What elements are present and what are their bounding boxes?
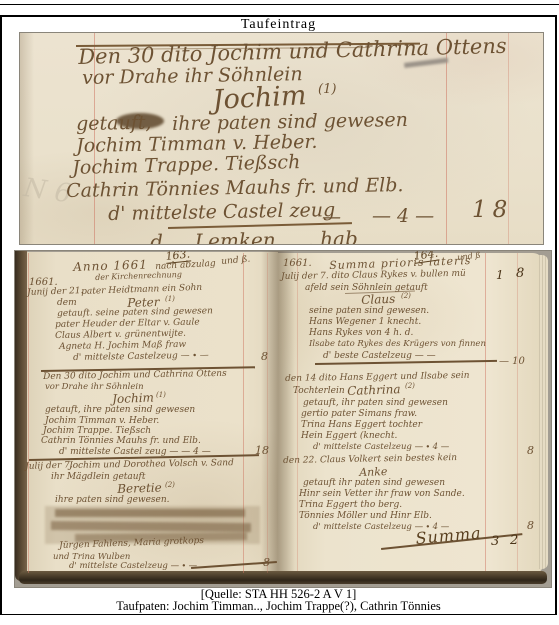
handwriting-line: Anke [359, 466, 388, 478]
handwriting-line: getauft, [76, 114, 152, 134]
handwriting-line: Jochim [212, 82, 307, 114]
handwriting-line: d . . Lemken . . . hab [150, 228, 358, 245]
right-money-ruling [485, 253, 486, 571]
handwriting-line: (1) [156, 392, 166, 399]
handwriting-line: 8 [527, 520, 534, 531]
handwriting-line: 8 [261, 351, 268, 362]
book-page-edges-right [539, 255, 548, 569]
handwriting-line: vor Drahe ihr Söhnlein [45, 383, 144, 392]
handwriting-line: Jochim [112, 392, 154, 405]
handwriting-line: — 10 [499, 357, 525, 367]
handwriting-line: (2) [401, 293, 411, 300]
handwriting-line: (2) [165, 482, 175, 489]
handwriting-line: — [322, 208, 341, 227]
church-book-photo: 163.Anno 1661nach abzulagund ß.der Kirch… [14, 250, 552, 588]
book-bottom-edge [19, 571, 547, 584]
crossed-out-line [55, 509, 245, 517]
handwriting-line: 1661. [283, 259, 312, 269]
handwriting-line: 18 [255, 445, 269, 456]
handwriting-line: d' mittelste Castel zeug [108, 201, 335, 224]
handwriting-line: ihre paten sind gewesen. [55, 496, 170, 505]
outer-top-rule [0, 4, 559, 5]
left-margin-ruling [28, 253, 29, 573]
handwriting-line: 8 [527, 445, 534, 456]
handwriting-line: Cathrin Tönnies Mauhs fr. und Elb. [41, 437, 201, 446]
handwriting-line: Cathrin Tönnies Mauhs fr. und Elb. [66, 176, 404, 201]
handwriting-line: Cathrina [347, 383, 401, 397]
handwriting-line: Trina Eggert tho berg. [299, 501, 402, 510]
right-money-ruling-2 [517, 253, 518, 571]
handwriting-line: Tönnies Möller und Hinr Elb. [299, 512, 432, 521]
caption-godparents: Taufpaten: Jochim Timman.., Jochim Trapp… [0, 599, 557, 614]
handwriting-line: Tochterlein [293, 387, 345, 396]
handwriting-line: d' mittelste Castel zeug — — 4 — [59, 448, 211, 457]
handwriting-line: (1) [165, 296, 175, 303]
handwriting-line: getauft, ihre paten sind gewesen [45, 406, 195, 415]
record-sheet: Taufeintrag N 6 Den 30 dito Jochim und C… [0, 0, 559, 625]
handwriting-line: Trina Hans Eggert tochter [301, 421, 422, 430]
handwriting-line: Hans Wegener 1 knecht. [309, 318, 421, 327]
handwriting-line: Jochim Trappe. Tießsch [43, 427, 151, 436]
left-money-ruling-2 [267, 253, 268, 573]
handwriting-line: d' mittelste Castelzeug — ∙ 4 — [313, 443, 449, 452]
handwriting-line: getauft, ihr paten sind gewesen [303, 399, 448, 408]
handwriting-line: Ilsabe tato Rykes des Krügers von finnen [309, 340, 486, 349]
handwriting-line: Beretie [117, 481, 162, 495]
money-column-line [446, 33, 447, 244]
page-title: Taufeintrag [0, 17, 557, 33]
handwriting-line: 1 [496, 269, 504, 281]
handwriting-line: Hans Rykes von 4 h. d. [309, 329, 413, 338]
handwriting-line: getauft ihr paten sind gewesen [303, 479, 445, 488]
handwriting-line: Jochim Timman v. Heber. [45, 417, 159, 426]
handwriting-line: 3 [491, 535, 499, 548]
book-page-edges-left [15, 251, 27, 581]
handwriting-line: Julij der 7. [25, 461, 73, 472]
handwriting-line: 8 [263, 557, 270, 568]
right-margin-ruling [297, 253, 298, 571]
handwriting-line: seine paten sind gewesen. [309, 307, 429, 316]
fold-shadow [20, 33, 34, 244]
manuscript-closeup-image: N 6 Den 30 dito Jochim und Cathrina Otte… [19, 32, 544, 245]
handwriting-line: (1) [318, 83, 336, 96]
handwriting-line: Hein Eggert (knecht. [301, 432, 397, 441]
handwriting-line: 2 [510, 534, 518, 547]
handwriting-line: Hinr sein Vetter ihr fraw von Sande. [299, 490, 465, 499]
handwriting-line: (2) [405, 383, 415, 390]
handwriting-line: d' mittelste Castelzeug — ∙ — [69, 562, 197, 571]
handwriting-line: — 4 — [372, 207, 434, 226]
handwriting-line: Jochim Trappe. Tießsch [72, 153, 301, 178]
handwriting-line: 18 [472, 199, 513, 222]
handwriting-line: gertio pater Simans fraw. [301, 410, 417, 419]
handwriting-line: d' beste Castelzeug — — [323, 352, 436, 361]
handwriting-line: 8 [516, 267, 524, 280]
handwriting-line: dem [57, 299, 77, 308]
handwriting-line: Claus [361, 293, 395, 306]
